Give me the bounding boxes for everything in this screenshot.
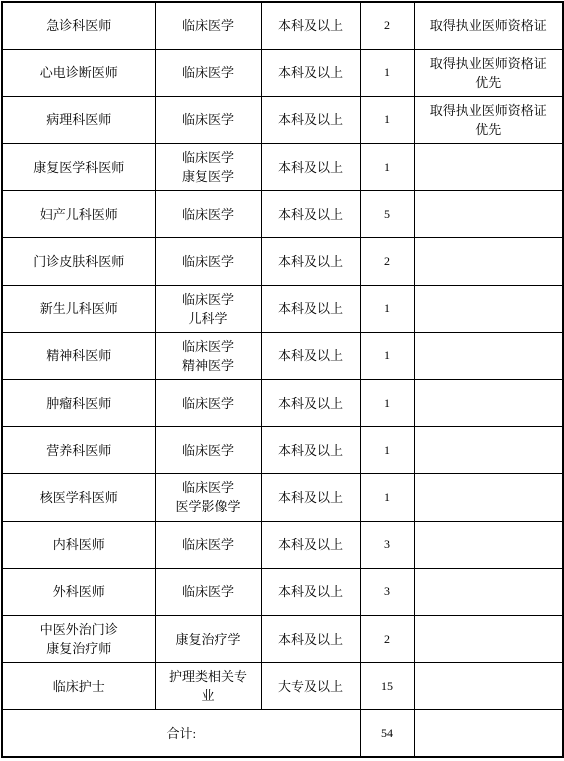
major-cell: 临床医学 精神医学	[155, 332, 261, 379]
major-cell: 临床医学	[155, 49, 261, 96]
position-cell: 外科医师	[2, 568, 155, 615]
major-cell: 康复治疗学	[155, 615, 261, 662]
count-cell: 1	[360, 96, 414, 143]
count-cell: 3	[360, 521, 414, 568]
education-cell: 本科及以上	[261, 2, 360, 49]
position-cell: 内科医师	[2, 521, 155, 568]
table-row: 内科医师临床医学本科及以上3	[2, 521, 563, 568]
table-row: 门诊皮肤科医师临床医学本科及以上2	[2, 238, 563, 285]
total-row: 合计:54	[2, 710, 563, 757]
education-cell: 本科及以上	[261, 332, 360, 379]
remark-cell	[414, 568, 563, 615]
table-row: 急诊科医师临床医学本科及以上2取得执业医师资格证	[2, 2, 563, 49]
total-count-cell: 54	[360, 710, 414, 757]
count-cell: 1	[360, 427, 414, 474]
major-cell: 临床医学 儿科学	[155, 285, 261, 332]
education-cell: 本科及以上	[261, 427, 360, 474]
remark-cell: 取得执业医师资格证 优先	[414, 49, 563, 96]
remark-cell	[414, 663, 563, 710]
education-cell: 本科及以上	[261, 49, 360, 96]
major-cell: 临床医学 医学影像学	[155, 474, 261, 521]
remark-cell	[414, 332, 563, 379]
major-cell: 临床医学	[155, 568, 261, 615]
count-cell: 2	[360, 2, 414, 49]
remark-cell	[414, 474, 563, 521]
remark-cell	[414, 380, 563, 427]
remark-cell	[414, 144, 563, 191]
count-cell: 2	[360, 615, 414, 662]
education-cell: 本科及以上	[261, 285, 360, 332]
position-cell: 心电诊断医师	[2, 49, 155, 96]
remark-cell: 取得执业医师资格证 优先	[414, 96, 563, 143]
position-cell: 急诊科医师	[2, 2, 155, 49]
recruitment-table: 急诊科医师临床医学本科及以上2取得执业医师资格证心电诊断医师临床医学本科及以上1…	[1, 1, 564, 758]
total-remark-cell	[414, 710, 563, 757]
major-cell: 临床医学	[155, 427, 261, 474]
table-row: 外科医师临床医学本科及以上3	[2, 568, 563, 615]
remark-cell	[414, 521, 563, 568]
remark-cell: 取得执业医师资格证	[414, 2, 563, 49]
education-cell: 本科及以上	[261, 238, 360, 285]
table-row: 精神科医师临床医学 精神医学本科及以上1	[2, 332, 563, 379]
position-cell: 门诊皮肤科医师	[2, 238, 155, 285]
major-cell: 临床医学	[155, 2, 261, 49]
education-cell: 大专及以上	[261, 663, 360, 710]
table-row: 康复医学科医师临床医学 康复医学本科及以上1	[2, 144, 563, 191]
count-cell: 1	[360, 380, 414, 427]
major-cell: 临床医学	[155, 96, 261, 143]
education-cell: 本科及以上	[261, 568, 360, 615]
table-row: 核医学科医师临床医学 医学影像学本科及以上1	[2, 474, 563, 521]
position-cell: 肿瘤科医师	[2, 380, 155, 427]
table-body: 急诊科医师临床医学本科及以上2取得执业医师资格证心电诊断医师临床医学本科及以上1…	[2, 2, 563, 757]
count-cell: 5	[360, 191, 414, 238]
table-row: 妇产儿科医师临床医学本科及以上5	[2, 191, 563, 238]
count-cell: 1	[360, 49, 414, 96]
table-row: 临床护士护理类相关专 业大专及以上15	[2, 663, 563, 710]
position-cell: 中医外治门诊 康复治疗师	[2, 615, 155, 662]
education-cell: 本科及以上	[261, 380, 360, 427]
count-cell: 1	[360, 285, 414, 332]
remark-cell	[414, 191, 563, 238]
position-cell: 病理科医师	[2, 96, 155, 143]
remark-cell	[414, 615, 563, 662]
table-row: 新生儿科医师临床医学 儿科学本科及以上1	[2, 285, 563, 332]
major-cell: 临床医学	[155, 191, 261, 238]
table-row: 病理科医师临床医学本科及以上1取得执业医师资格证 优先	[2, 96, 563, 143]
total-label-cell: 合计:	[2, 710, 360, 757]
count-cell: 1	[360, 332, 414, 379]
position-cell: 精神科医师	[2, 332, 155, 379]
major-cell: 临床医学	[155, 238, 261, 285]
position-cell: 营养科医师	[2, 427, 155, 474]
education-cell: 本科及以上	[261, 144, 360, 191]
count-cell: 3	[360, 568, 414, 615]
remark-cell	[414, 427, 563, 474]
position-cell: 妇产儿科医师	[2, 191, 155, 238]
education-cell: 本科及以上	[261, 474, 360, 521]
position-cell: 核医学科医师	[2, 474, 155, 521]
remark-cell	[414, 285, 563, 332]
table-row: 心电诊断医师临床医学本科及以上1取得执业医师资格证 优先	[2, 49, 563, 96]
education-cell: 本科及以上	[261, 521, 360, 568]
table-row: 肿瘤科医师临床医学本科及以上1	[2, 380, 563, 427]
major-cell: 临床医学 康复医学	[155, 144, 261, 191]
position-cell: 新生儿科医师	[2, 285, 155, 332]
table-row: 中医外治门诊 康复治疗师康复治疗学本科及以上2	[2, 615, 563, 662]
position-cell: 康复医学科医师	[2, 144, 155, 191]
major-cell: 临床医学	[155, 380, 261, 427]
education-cell: 本科及以上	[261, 615, 360, 662]
remark-cell	[414, 238, 563, 285]
major-cell: 临床医学	[155, 521, 261, 568]
education-cell: 本科及以上	[261, 96, 360, 143]
count-cell: 15	[360, 663, 414, 710]
count-cell: 1	[360, 144, 414, 191]
document-page: 急诊科医师临床医学本科及以上2取得执业医师资格证心电诊断医师临床医学本科及以上1…	[0, 1, 564, 761]
position-cell: 临床护士	[2, 663, 155, 710]
table-row: 营养科医师临床医学本科及以上1	[2, 427, 563, 474]
major-cell: 护理类相关专 业	[155, 663, 261, 710]
count-cell: 2	[360, 238, 414, 285]
count-cell: 1	[360, 474, 414, 521]
education-cell: 本科及以上	[261, 191, 360, 238]
